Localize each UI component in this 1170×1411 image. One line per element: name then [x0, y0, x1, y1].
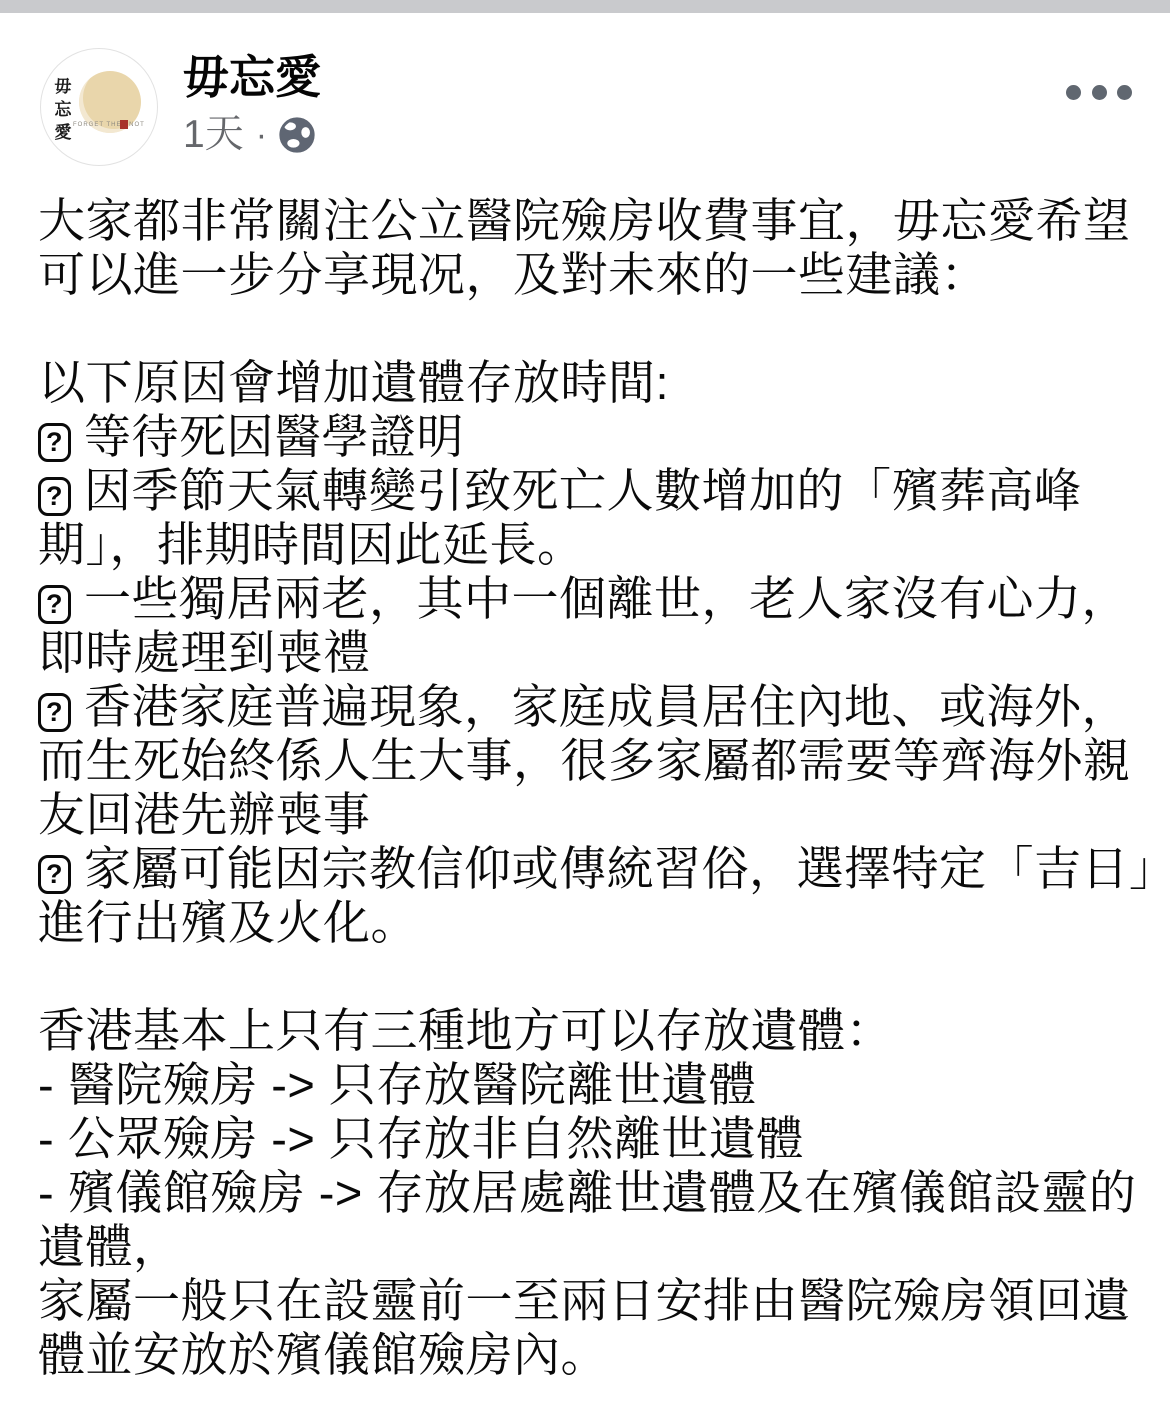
- post-meta-row: 1天 ·: [183, 114, 1170, 156]
- missing-glyph-box: ?: [38, 855, 71, 894]
- post-text-line: - 殯儀館殮房 -> 存放居處離世遺體及在殯儀館設靈的: [38, 1166, 1136, 1220]
- ellipsis-dot: [1117, 85, 1132, 100]
- missing-glyph-box: ?: [38, 585, 71, 624]
- avatar-caption: FORGET THEE NOT: [73, 122, 145, 128]
- post-text-line: 遺體，: [38, 1220, 1136, 1274]
- post-text-line: [38, 950, 1136, 1004]
- missing-glyph-box: ?: [38, 423, 71, 462]
- post-text-line: ?因季節天氣轉變引致死亡人數增加的「殯葬高峰: [38, 464, 1136, 518]
- avatar-char: 毋: [53, 75, 73, 98]
- post-text-line: 體並安放於殯儀館殮房內。: [38, 1328, 1136, 1382]
- globe-icon: [279, 117, 315, 153]
- ellipsis-dot: [1066, 85, 1081, 100]
- post-text-line: - 公眾殮房 -> 只存放非自然離世遺體: [38, 1112, 1136, 1166]
- avatar-seal-stamp: [120, 120, 128, 129]
- post-text-line: 期」，排期時間因此延長。: [38, 518, 1136, 572]
- post-text-line: 以下原因會增加遺體存放時間:: [38, 356, 1136, 410]
- post-text-line: 而生死始終係人生大事，很多家屬都需要等齊海外親: [38, 734, 1136, 788]
- post-text: 大家都非常關注公立醫院殮房收費事宜，毋忘愛希望可以進一步分享現况，及對未來的一些…: [0, 194, 1170, 1382]
- post-text-line: ?等待死因醫學證明: [38, 410, 1136, 464]
- avatar-char: 忘: [53, 98, 73, 121]
- post-text-line: ?香港家庭普遍現象，家庭成員居住內地、或海外，: [38, 680, 1136, 734]
- post-text-line: 友回港先辦喪事: [38, 788, 1136, 842]
- top-status-bar: [0, 0, 1170, 13]
- post-header: 毋 忘 愛 FORGET THEE NOT 毋忘愛 1天 ·: [0, 13, 1170, 168]
- post-text-line: 大家都非常關注公立醫院殮房收費事宜，毋忘愛希望: [38, 194, 1136, 248]
- missing-glyph-box: ?: [38, 693, 71, 732]
- avatar-char: 愛: [53, 121, 73, 144]
- post-text-line: ?家屬可能因宗教信仰或傳統習俗，選擇特定「吉日」: [38, 842, 1136, 896]
- post-text-line: 家屬一般只在設靈前一至兩日安排由醫院殮房領回遺: [38, 1274, 1136, 1328]
- ellipsis-dot: [1092, 85, 1107, 100]
- post-text-line: ?一些獨居兩老，其中一個離世，老人家沒有心力，: [38, 572, 1136, 626]
- page-name-link[interactable]: 毋忘愛: [183, 52, 321, 102]
- avatar[interactable]: 毋 忘 愛 FORGET THEE NOT: [40, 48, 158, 166]
- missing-glyph-box: ?: [38, 477, 71, 516]
- avatar-calligraphy: 毋 忘 愛: [53, 75, 73, 144]
- post-timestamp[interactable]: 1天: [183, 114, 244, 156]
- meta-separator: ·: [256, 114, 267, 156]
- post-text-line: - 醫院殮房 -> 只存放醫院離世遺體: [38, 1058, 1136, 1112]
- post-text-line: 進行出殯及火化。: [38, 896, 1136, 950]
- post-text-line: 即時處理到喪禮: [38, 626, 1136, 680]
- post-text-line: 香港基本上只有三種地方可以存放遺體：: [38, 1004, 1136, 1058]
- post-text-line: 可以進一步分享現况，及對未來的一些建議：: [38, 248, 1136, 302]
- post-text-line: [38, 302, 1136, 356]
- more-options-button[interactable]: [1064, 75, 1134, 109]
